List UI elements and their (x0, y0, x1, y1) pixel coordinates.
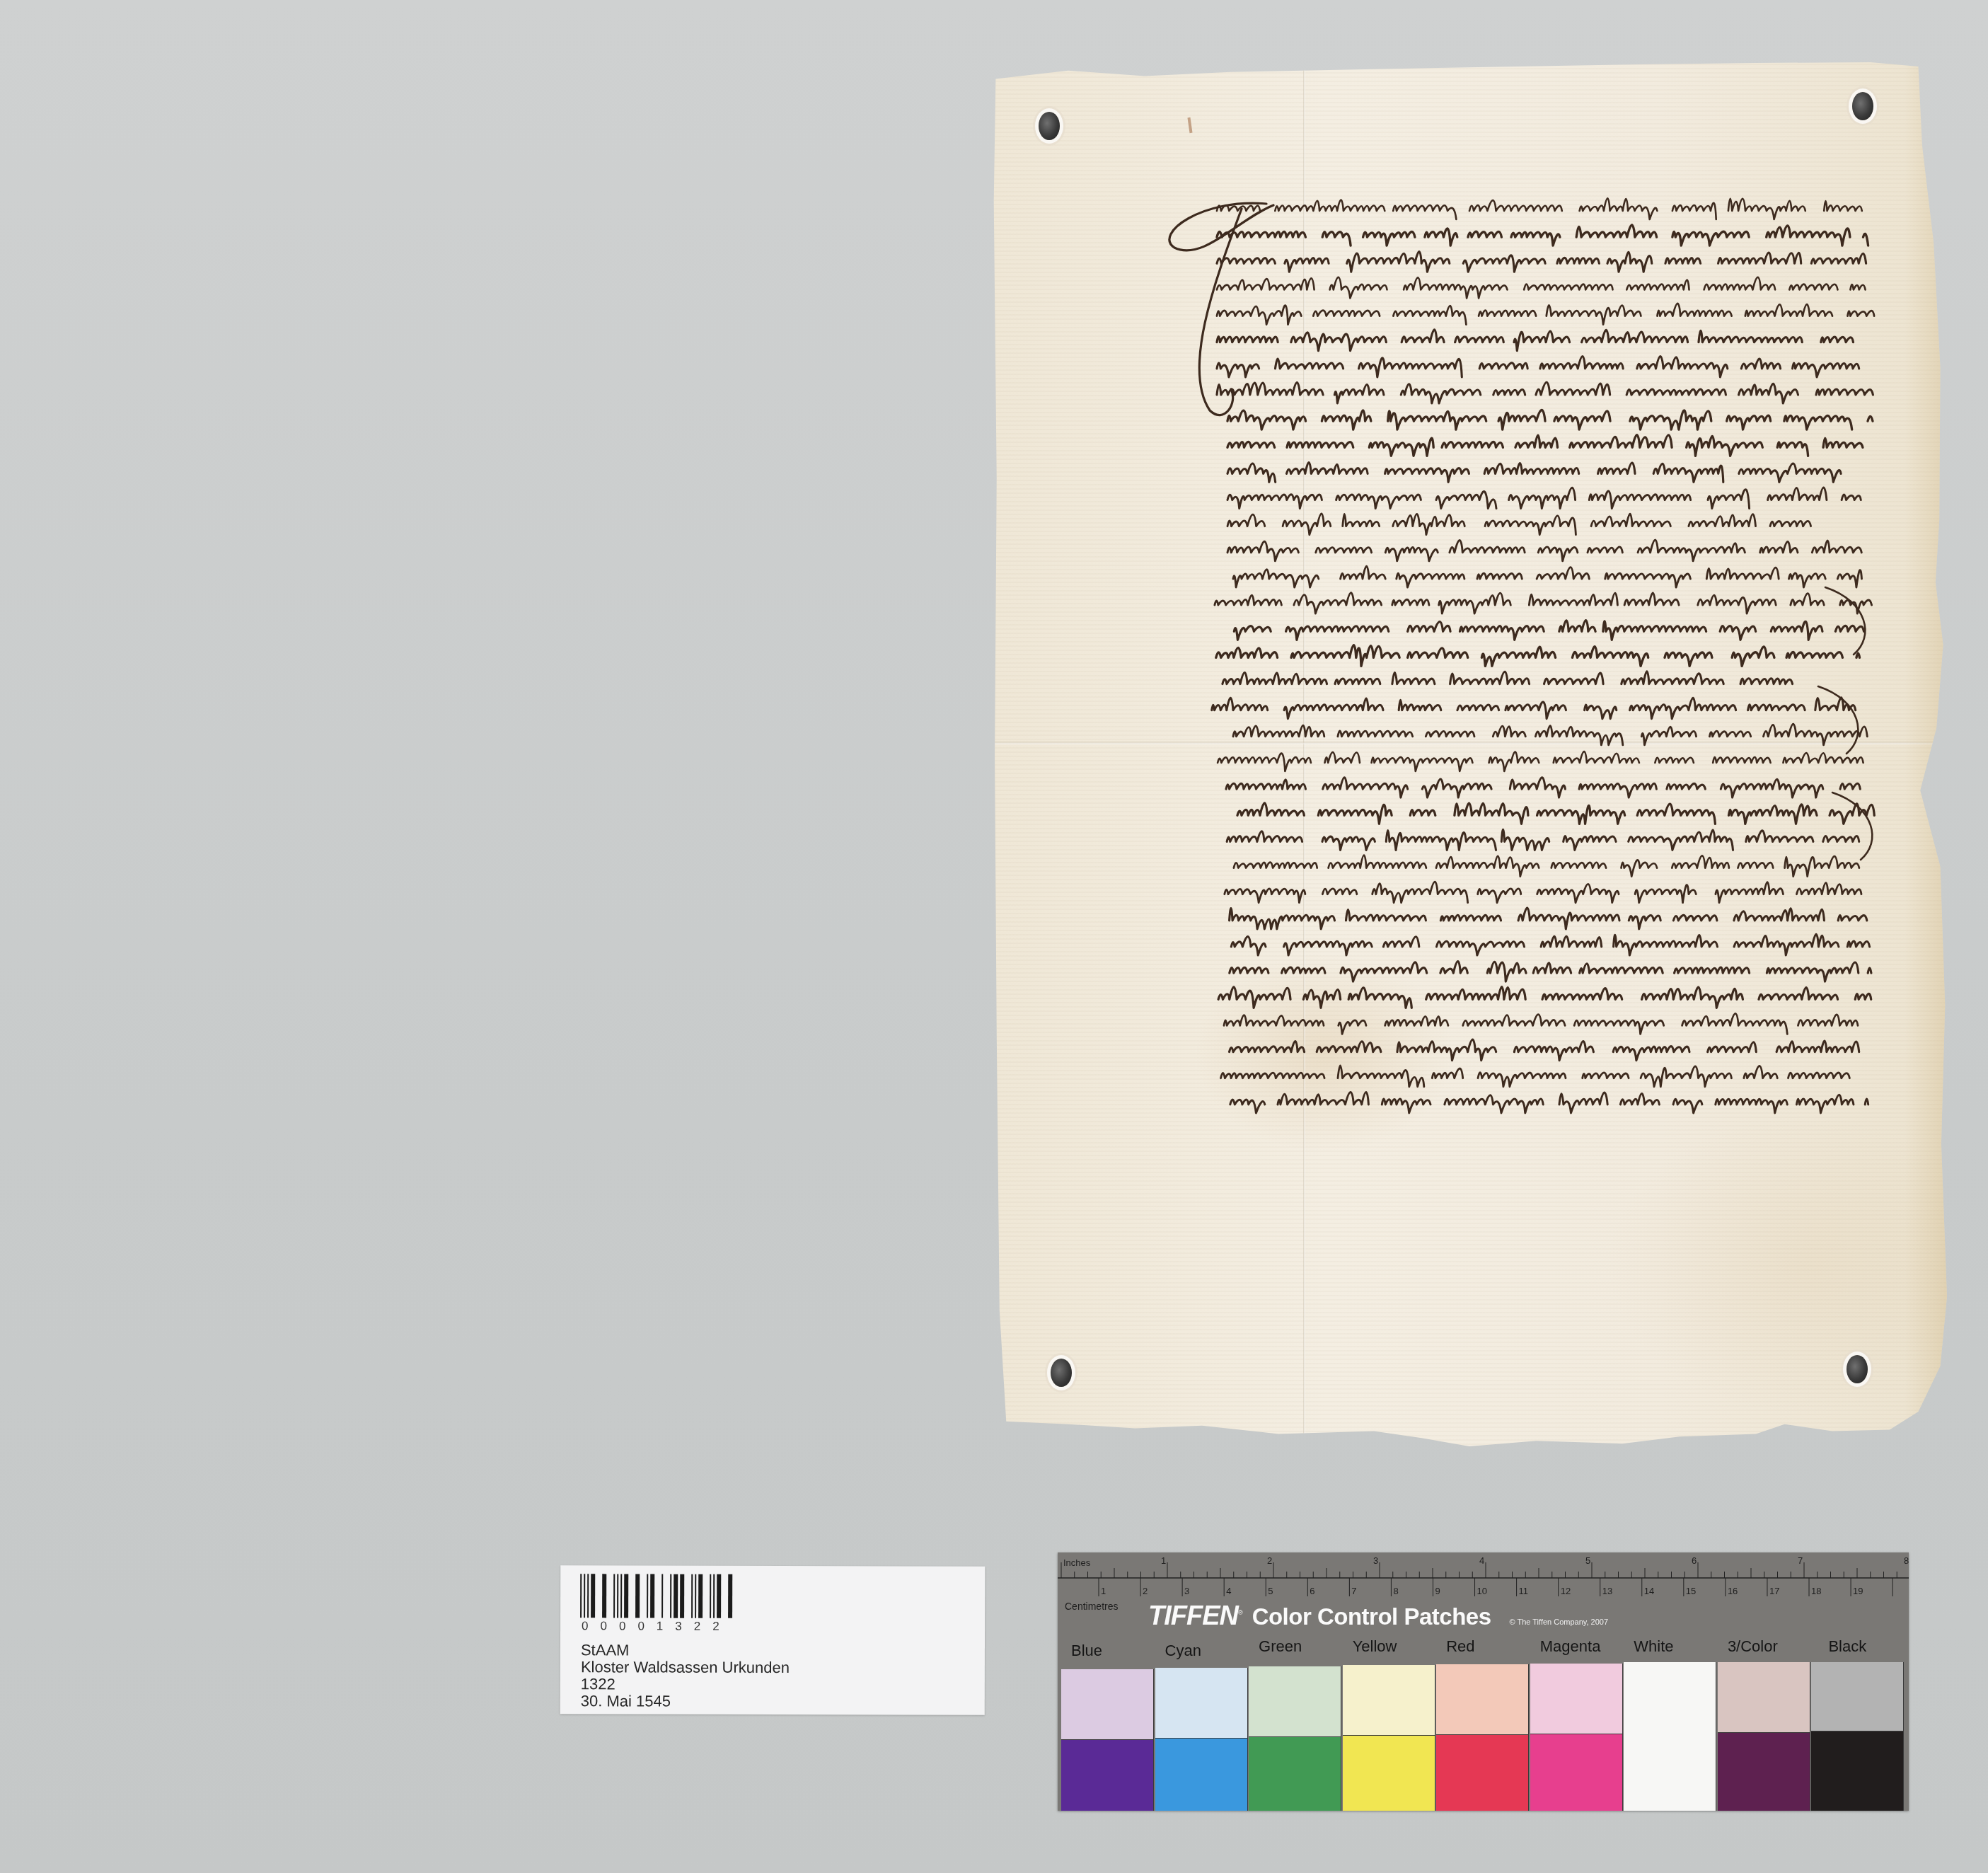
script-line (1231, 934, 1869, 955)
script-line (1227, 488, 1861, 509)
patch-blue-saturated (1061, 1740, 1154, 1811)
script-line (1227, 829, 1859, 850)
svg-text:9: 9 (1435, 1586, 1440, 1596)
script-line (1234, 855, 1859, 877)
script-line (1230, 962, 1871, 982)
script-line (1223, 672, 1793, 684)
script-line (1215, 593, 1872, 613)
svg-text:8: 8 (1393, 1586, 1398, 1596)
barcode-bar (635, 1574, 640, 1618)
script-line (1234, 621, 1863, 640)
color-patches (1061, 1662, 1905, 1811)
svg-text:1: 1 (1161, 1555, 1166, 1566)
patch-black-saturated (1811, 1731, 1904, 1811)
barcode-bar (647, 1574, 648, 1618)
svg-text:16: 16 (1728, 1586, 1738, 1596)
svg-text:2: 2 (1267, 1555, 1272, 1566)
patch-green-saturated (1249, 1737, 1341, 1811)
punch-hole-bottom-right (1847, 1355, 1868, 1383)
barcode-bar (591, 1574, 595, 1618)
svg-text:8: 8 (1904, 1555, 1909, 1566)
label-archive: StAAM (581, 1642, 790, 1659)
barcode-bar (624, 1574, 628, 1618)
script-line (1233, 566, 1862, 587)
svg-text:5: 5 (1585, 1555, 1590, 1566)
label-collection: Kloster Waldsassen Urkunden (581, 1659, 790, 1676)
barcode-bar (691, 1574, 693, 1618)
archive-label: 00001322 StAAM Kloster Waldsassen Urkund… (560, 1565, 986, 1715)
patch-label-green: Green (1259, 1637, 1302, 1656)
patch-label-cyan: Cyan (1165, 1642, 1201, 1660)
barcode (580, 1574, 734, 1618)
patch-white (1624, 1662, 1716, 1811)
svg-text:7: 7 (1798, 1555, 1803, 1566)
patch-cyan-saturated (1155, 1739, 1248, 1811)
barcode-bar (723, 1574, 726, 1618)
script-line (1216, 645, 1860, 667)
script-line (1217, 357, 1859, 377)
label-number: 1322 (581, 1676, 790, 1693)
script-line (1217, 382, 1873, 403)
barcode-bar (686, 1574, 689, 1618)
margin-flourish (1832, 793, 1872, 860)
barcode-bar (705, 1574, 707, 1618)
svg-text:17: 17 (1769, 1586, 1779, 1596)
script-line (1230, 1092, 1868, 1113)
script-line (1227, 540, 1861, 561)
barcode-bar (602, 1574, 606, 1618)
barcode-bar (698, 1574, 703, 1618)
svg-text:4: 4 (1226, 1586, 1231, 1596)
script-line (1226, 778, 1860, 797)
barcode-bar (665, 1574, 668, 1618)
script-line (1217, 198, 1862, 219)
patch-yellow-saturated (1343, 1736, 1435, 1811)
barcode-bar (680, 1574, 684, 1618)
script-line (1221, 1066, 1850, 1087)
barcode-bar (608, 1574, 611, 1618)
patch-yellow-light (1343, 1665, 1435, 1736)
barcode-bar (620, 1574, 622, 1618)
barcode-bar (661, 1574, 663, 1618)
script-line (1225, 882, 1861, 903)
script-line (1224, 1013, 1858, 1034)
barcode-bar (580, 1574, 582, 1618)
svg-text:2: 2 (1143, 1586, 1148, 1596)
svg-text:12: 12 (1561, 1586, 1571, 1596)
patch-cyan-light (1155, 1668, 1248, 1739)
script-line (1212, 698, 1856, 719)
barcode-bar (674, 1574, 678, 1618)
svg-text:3: 3 (1373, 1555, 1378, 1566)
patch-magenta-light (1530, 1664, 1623, 1734)
margin-flourish (1825, 587, 1865, 655)
svg-text:1: 1 (1101, 1586, 1106, 1596)
barcode-bar (587, 1574, 589, 1618)
patch-label-yellow: Yellow (1353, 1637, 1397, 1656)
patch-label-3-color: 3/Color (1728, 1637, 1778, 1656)
script-line (1218, 751, 1863, 771)
color-control-card: Inches1234567812345678910111213141516171… (1058, 1552, 1909, 1811)
svg-text:6: 6 (1692, 1555, 1697, 1566)
script-line (1233, 724, 1867, 745)
patch-label-white: White (1634, 1637, 1673, 1656)
script-line (1227, 435, 1863, 456)
barcode-bar (713, 1574, 715, 1618)
barcode-bar (717, 1574, 721, 1618)
svg-text:19: 19 (1853, 1586, 1863, 1596)
handwritten-text-block (1160, 191, 1889, 1125)
patch-labels: BlueCyanGreenYellowRedMagentaWhite3/Colo… (1058, 1636, 1909, 1664)
patch-label-red: Red (1446, 1637, 1474, 1656)
label-date: 30. Mai 1545 (581, 1693, 790, 1710)
svg-text:7: 7 (1351, 1586, 1356, 1596)
barcode-bar (670, 1574, 671, 1618)
script-line (1218, 987, 1871, 1008)
barcode-bar (613, 1574, 615, 1618)
patch-green-light (1249, 1666, 1341, 1737)
punch-hole-top-left (1039, 112, 1060, 140)
script-line (1217, 252, 1866, 272)
punch-hole-bottom-left (1051, 1359, 1072, 1387)
barcode-bar (710, 1574, 711, 1618)
svg-text:13: 13 (1602, 1586, 1612, 1596)
centimetres-label: Centimetres (1065, 1601, 1118, 1612)
script-line (1217, 304, 1874, 325)
barcode-bar (584, 1574, 585, 1618)
barcode-bar (657, 1574, 659, 1618)
patch-magenta-saturated (1530, 1734, 1623, 1811)
svg-text:15: 15 (1686, 1586, 1696, 1596)
patch-3-color-light (1718, 1662, 1810, 1733)
barcode-bar (617, 1574, 618, 1618)
svg-text:3: 3 (1184, 1586, 1189, 1596)
svg-text:4: 4 (1479, 1555, 1484, 1566)
patch-red-light (1436, 1664, 1529, 1735)
svg-text:11: 11 (1519, 1586, 1529, 1596)
patch-label-magenta: Magenta (1540, 1637, 1601, 1656)
script-line (1227, 462, 1841, 482)
svg-text:14: 14 (1644, 1586, 1654, 1596)
svg-text:10: 10 (1477, 1586, 1487, 1596)
label-text: StAAM Kloster Waldsassen Urkunden 1322 3… (581, 1642, 790, 1710)
script-line (1230, 908, 1867, 929)
script-line (1217, 225, 1868, 246)
patch-blue-light (1061, 1669, 1154, 1740)
barcode-digits: 00001322 (582, 1619, 732, 1634)
svg-text:6: 6 (1310, 1586, 1314, 1596)
patch-label-black: Black (1828, 1637, 1866, 1656)
patch-red-saturated (1436, 1735, 1529, 1811)
patch-3-color-saturated (1718, 1733, 1810, 1811)
barcode-bar (642, 1574, 645, 1618)
barcode-bar (695, 1574, 696, 1618)
punch-hole-top-right (1852, 92, 1873, 120)
barcode-bar (597, 1574, 600, 1618)
script-line (1237, 803, 1874, 824)
barcode-bar (650, 1574, 654, 1618)
card-header: TIFFEN® Color Control Patches © The Tiff… (1148, 1601, 1608, 1632)
script-line (1217, 277, 1866, 298)
svg-text:18: 18 (1811, 1586, 1821, 1596)
patch-label-blue: Blue (1071, 1642, 1102, 1660)
script-line (1227, 410, 1873, 430)
tiffen-logo: TIFFEN® (1148, 1601, 1242, 1632)
script-line (1227, 514, 1811, 535)
script-line (1217, 330, 1854, 351)
svg-text:Inches: Inches (1063, 1557, 1091, 1568)
card-copyright: © The Tiffen Company, 2007 (1510, 1618, 1609, 1627)
barcode-bar (630, 1574, 633, 1618)
cursive-script-strokes (1160, 191, 1889, 1125)
patch-black-light (1811, 1662, 1904, 1731)
card-title: Color Control Patches (1252, 1603, 1491, 1630)
svg-text:5: 5 (1268, 1586, 1273, 1596)
barcode-bar (728, 1574, 732, 1618)
script-line (1230, 1039, 1859, 1061)
